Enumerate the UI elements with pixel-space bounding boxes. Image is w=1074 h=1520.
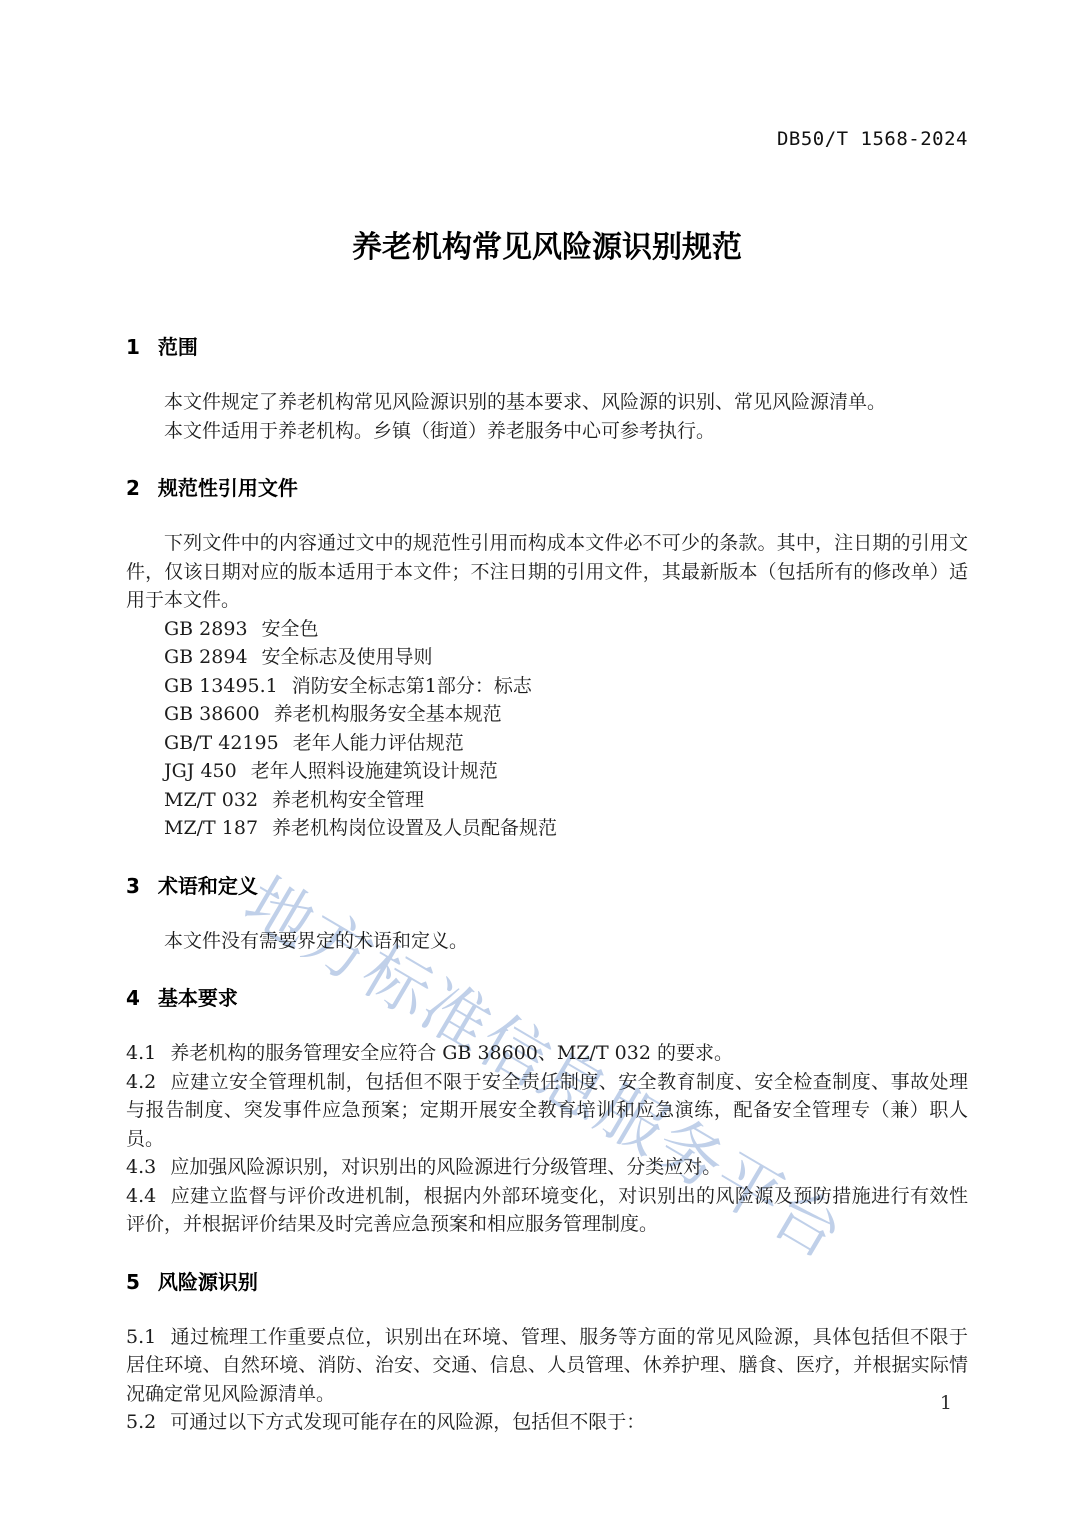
section-number: 1	[126, 335, 140, 359]
reference-title: 安全色	[262, 618, 319, 640]
page-title: 养老机构常见风险源识别规范	[126, 228, 968, 268]
clause-number: 4.2	[126, 1071, 156, 1093]
clause-number: 4.3	[126, 1156, 156, 1178]
clause-text: 养老机构的服务管理安全应符合 GB 38600、MZ/T 032 的要求。	[170, 1042, 733, 1064]
section-normative-references: 2规范性引用文件 下列文件中的内容通过文中的规范性引用而构成本文件必不可少的条款…	[126, 474, 968, 843]
reference-item: MZ/T 032养老机构安全管理	[126, 786, 968, 815]
section-heading: 5风险源识别	[126, 1268, 968, 1296]
section-heading-label: 范围	[158, 335, 198, 359]
reference-title: 消防安全标志第1部分：标志	[292, 675, 532, 697]
reference-item: MZ/T 187养老机构岗位设置及人员配备规范	[126, 814, 968, 843]
reference-code: GB 2893	[164, 618, 248, 640]
clause-text: 通过梳理工作重要点位，识别出在环境、管理、服务等方面的常见风险源，具体包括但不限…	[126, 1326, 968, 1405]
clause-number: 4.1	[126, 1042, 156, 1064]
clause: 4.2应建立安全管理机制，包括但不限于安全责任制度、安全教育制度、安全检查制度、…	[126, 1068, 968, 1154]
clause: 4.4应建立监督与评价改进机制，根据内外部环境变化，对识别出的风险源及预防措施进…	[126, 1182, 968, 1239]
section-number: 4	[126, 986, 140, 1010]
section-number: 5	[126, 1270, 140, 1294]
reference-title: 养老机构服务安全基本规范	[274, 703, 502, 725]
paragraph: 本文件规定了养老机构常见风险源识别的基本要求、风险源的识别、常见风险源清单。	[126, 388, 968, 417]
section-heading: 2规范性引用文件	[126, 474, 968, 502]
reference-title: 养老机构安全管理	[272, 789, 424, 811]
clause: 5.1通过梳理工作重要点位，识别出在环境、管理、服务等方面的常见风险源，具体包括…	[126, 1323, 968, 1409]
reference-code: GB 13495.1	[164, 675, 278, 697]
section-terms-definitions: 3术语和定义 本文件没有需要界定的术语和定义。	[126, 872, 968, 956]
clause-number: 5.2	[126, 1411, 156, 1433]
section-heading-label: 风险源识别	[158, 1270, 258, 1294]
clause-number: 4.4	[126, 1185, 156, 1207]
section-risk-source-identification: 5风险源识别 5.1通过梳理工作重要点位，识别出在环境、管理、服务等方面的常见风…	[126, 1268, 968, 1437]
reference-item: GB/T 42195老年人能力评估规范	[126, 729, 968, 758]
reference-code: GB/T 42195	[164, 732, 279, 754]
clause: 4.1养老机构的服务管理安全应符合 GB 38600、MZ/T 032 的要求。	[126, 1039, 968, 1068]
paragraph: 本文件没有需要界定的术语和定义。	[126, 927, 968, 956]
section-heading: 3术语和定义	[126, 872, 968, 900]
reference-code: JGJ 450	[164, 760, 237, 782]
paragraph: 本文件适用于养老机构。乡镇（街道）养老服务中心可参考执行。	[126, 417, 968, 446]
section-heading-label: 术语和定义	[158, 874, 258, 898]
section-number: 3	[126, 874, 140, 898]
reference-code: GB 2894	[164, 646, 248, 668]
section-heading-label: 基本要求	[158, 986, 238, 1010]
section-number: 2	[126, 476, 140, 500]
reference-code: MZ/T 187	[164, 817, 258, 839]
clause-text: 应建立安全管理机制，包括但不限于安全责任制度、安全教育制度、安全检查制度、事故处…	[126, 1071, 968, 1150]
reference-item: GB 2893安全色	[126, 615, 968, 644]
section-scope: 1范围 本文件规定了养老机构常见风险源识别的基本要求、风险源的识别、常见风险源清…	[126, 333, 968, 445]
clause: 4.3应加强风险源识别，对识别出的风险源进行分级管理、分类应对。	[126, 1153, 968, 1182]
paragraph: 下列文件中的内容通过文中的规范性引用而构成本文件必不可少的条款。其中，注日期的引…	[126, 529, 968, 615]
page-number: 1	[940, 1392, 952, 1414]
clause-number: 5.1	[126, 1326, 156, 1348]
reference-title: 老年人照料设施建筑设计规范	[251, 760, 498, 782]
reference-item: GB 13495.1消防安全标志第1部分：标志	[126, 672, 968, 701]
reference-code: GB 38600	[164, 703, 260, 725]
document-page: DB50/T 1568-2024 养老机构常见风险源识别规范 1范围 本文件规定…	[0, 0, 1074, 1520]
section-basic-requirements: 4基本要求 4.1养老机构的服务管理安全应符合 GB 38600、MZ/T 03…	[126, 984, 968, 1239]
reference-code: MZ/T 032	[164, 789, 258, 811]
reference-title: 安全标志及使用导则	[262, 646, 433, 668]
reference-title: 老年人能力评估规范	[293, 732, 464, 754]
reference-title: 养老机构岗位设置及人员配备规范	[272, 817, 557, 839]
section-heading-label: 规范性引用文件	[158, 476, 298, 500]
section-heading: 4基本要求	[126, 984, 968, 1012]
reference-item: GB 38600养老机构服务安全基本规范	[126, 700, 968, 729]
clause-text: 应建立监督与评价改进机制，根据内外部环境变化，对识别出的风险源及预防措施进行有效…	[126, 1185, 968, 1236]
reference-list: GB 2893安全色 GB 2894安全标志及使用导则 GB 13495.1消防…	[126, 615, 968, 843]
clause-text: 应加强风险源识别，对识别出的风险源进行分级管理、分类应对。	[170, 1156, 721, 1178]
doc-number: DB50/T 1568-2024	[126, 126, 968, 152]
section-heading: 1范围	[126, 333, 968, 361]
clause-text: 可通过以下方式发现可能存在的风险源，包括但不限于：	[170, 1411, 645, 1433]
reference-item: GB 2894安全标志及使用导则	[126, 643, 968, 672]
reference-item: JGJ 450老年人照料设施建筑设计规范	[126, 757, 968, 786]
clause: 5.2可通过以下方式发现可能存在的风险源，包括但不限于：	[126, 1408, 968, 1437]
